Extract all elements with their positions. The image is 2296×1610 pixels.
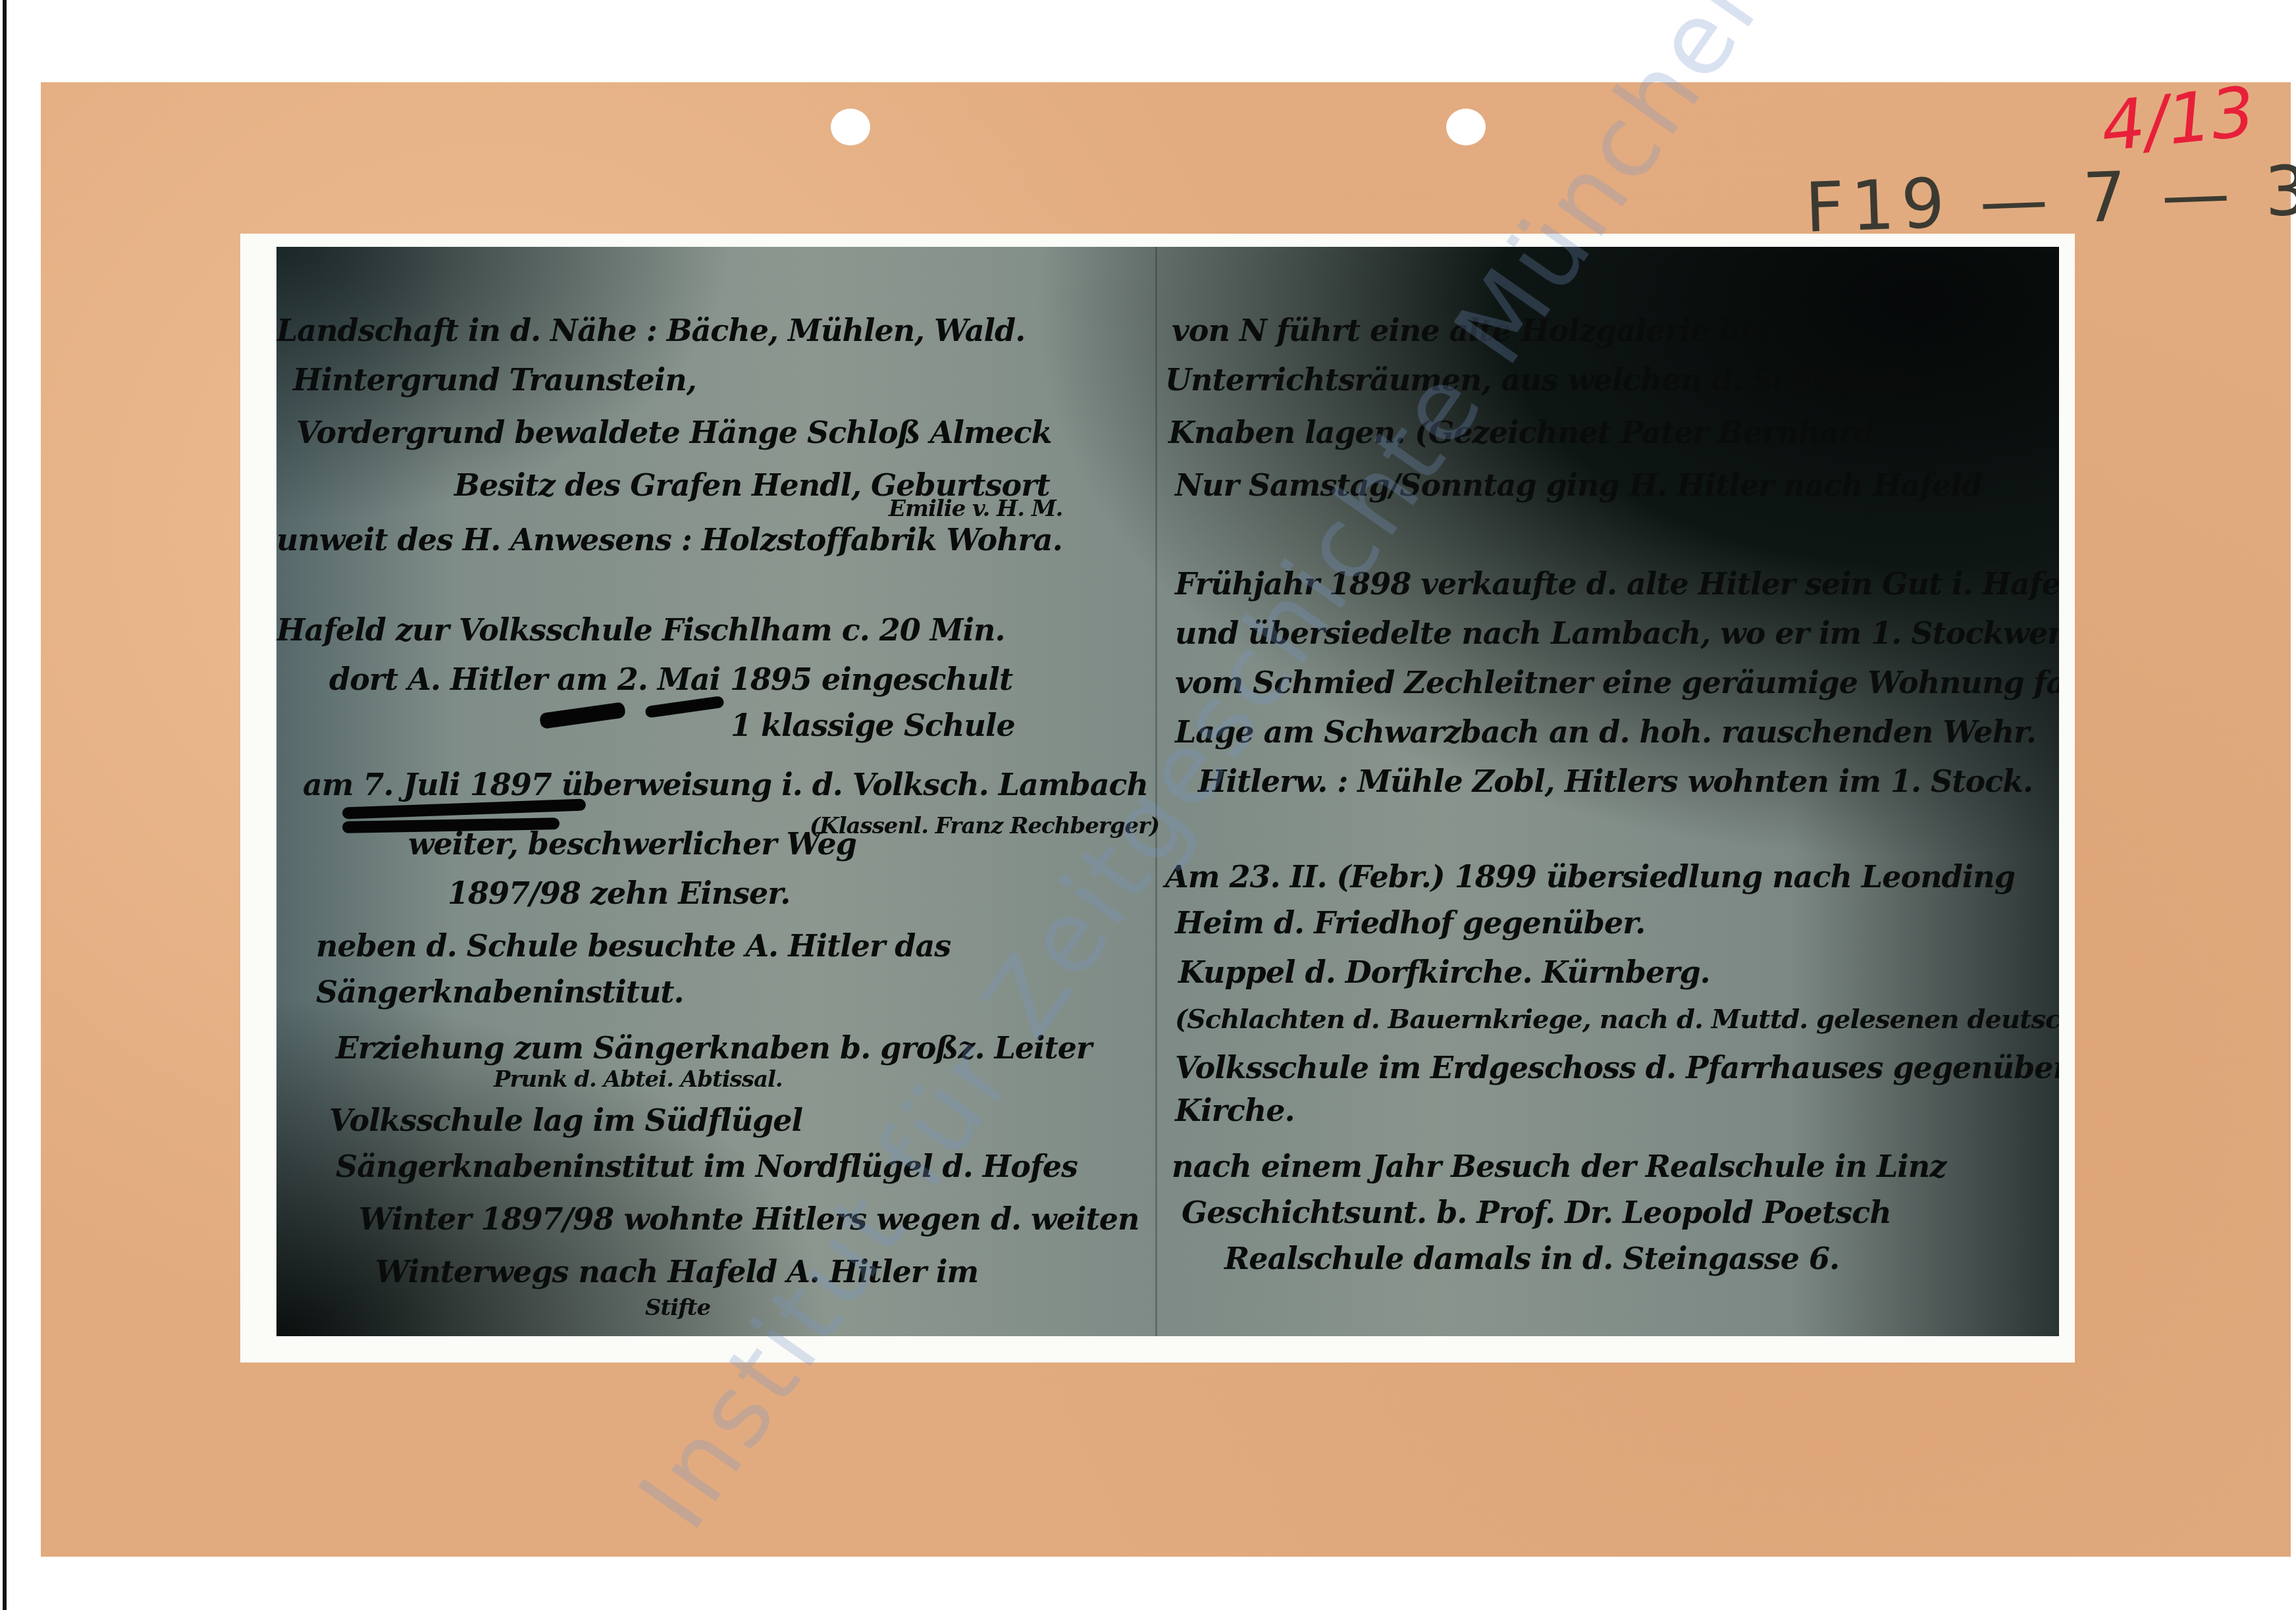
note-line: Kuppel d. Dorfkirche. Kürnberg. bbox=[1178, 954, 1710, 990]
note-line: Nur Samstag/Sonntag ging H. Hitler nach … bbox=[1175, 467, 1982, 503]
note-line: weiter, beschwerlicher Weg bbox=[408, 826, 856, 862]
note-line: am 7. Juli 1897 überweisung i. d. Volksc… bbox=[303, 767, 1148, 802]
ink-strikethrough bbox=[644, 696, 724, 719]
note-line: Hafeld zur Volksschule Fischlham c. 20 M… bbox=[276, 612, 1005, 648]
note-line: nach einem Jahr Besuch der Realschule in… bbox=[1172, 1149, 1946, 1184]
note-line: Hintergrund Traunstein, bbox=[293, 362, 696, 398]
note-line: neben d. Schule besuchte A. Hitler das bbox=[316, 928, 951, 964]
note-line: dort A. Hitler am 2. Mai 1895 eingeschul… bbox=[329, 662, 1012, 697]
note-line: Geschichtsunt. b. Prof. Dr. Leopold Poet… bbox=[1182, 1195, 1891, 1230]
note-line: Hitlerw. : Mühle Zobl, Hitlers wohnten i… bbox=[1198, 764, 2033, 799]
note-line: 1897/98 zehn Einser. bbox=[448, 875, 790, 911]
note-line: Volksschule im Erdgeschoss d. Pfarrhause… bbox=[1175, 1050, 2059, 1085]
note-line: Am 23. II. (Febr.) 1899 übersiedlung nac… bbox=[1165, 859, 2015, 895]
note-line: (Schlachten d. Bauernkriege, nach d. Mut… bbox=[1175, 1004, 2059, 1035]
note-line: unweit des H. Anwesens : Holzstoffabrik … bbox=[276, 522, 1062, 558]
note-line: Sängerknabeninstitut. bbox=[316, 974, 684, 1010]
note-line: Volksschule lag im Südflügel bbox=[329, 1103, 802, 1138]
note-line: Vordergrund bewaldete Hänge Schloß Almec… bbox=[296, 415, 1052, 450]
note-line: Realschule damals in d. Steingasse 6. bbox=[1224, 1241, 1839, 1276]
note-line: Winter 1897/98 wohnte Hitlers wegen d. w… bbox=[359, 1201, 1139, 1237]
note-line: Stifte bbox=[645, 1295, 710, 1321]
note-line: Knaben lagen. (Gezeichnet Pater Bernhard bbox=[1168, 415, 1874, 450]
note-line: Prunk d. Abtei. Abtissal. bbox=[494, 1066, 783, 1093]
note-line: Kirche. bbox=[1175, 1093, 1294, 1128]
right-notebook-page: von N führt eine alte Holzgalerie bis Un… bbox=[1162, 247, 2059, 1336]
note-line: Lage am Schwarzbach an d. hoh. rauschend… bbox=[1175, 714, 2036, 750]
note-line: Unterrichtsräumen, aus welchen d. Schlaf… bbox=[1165, 362, 1919, 398]
punch-hole-left bbox=[831, 109, 870, 145]
ink-strikethrough bbox=[539, 702, 626, 729]
note-line: Landschaft in d. Nähe : Bäche, Mühlen, W… bbox=[276, 313, 1025, 348]
note-line: 1 klassige Schule bbox=[731, 708, 1015, 743]
note-line: Heim d. Friedhof gegenüber. bbox=[1175, 905, 1645, 941]
punch-hole-right bbox=[1446, 109, 1486, 145]
left-notebook-page: Landschaft in d. Nähe : Bäche, Mühlen, W… bbox=[276, 247, 1152, 1336]
scan-edge-rule bbox=[3, 0, 7, 1610]
note-annotation: Emilie v. H. M. bbox=[889, 496, 1062, 522]
